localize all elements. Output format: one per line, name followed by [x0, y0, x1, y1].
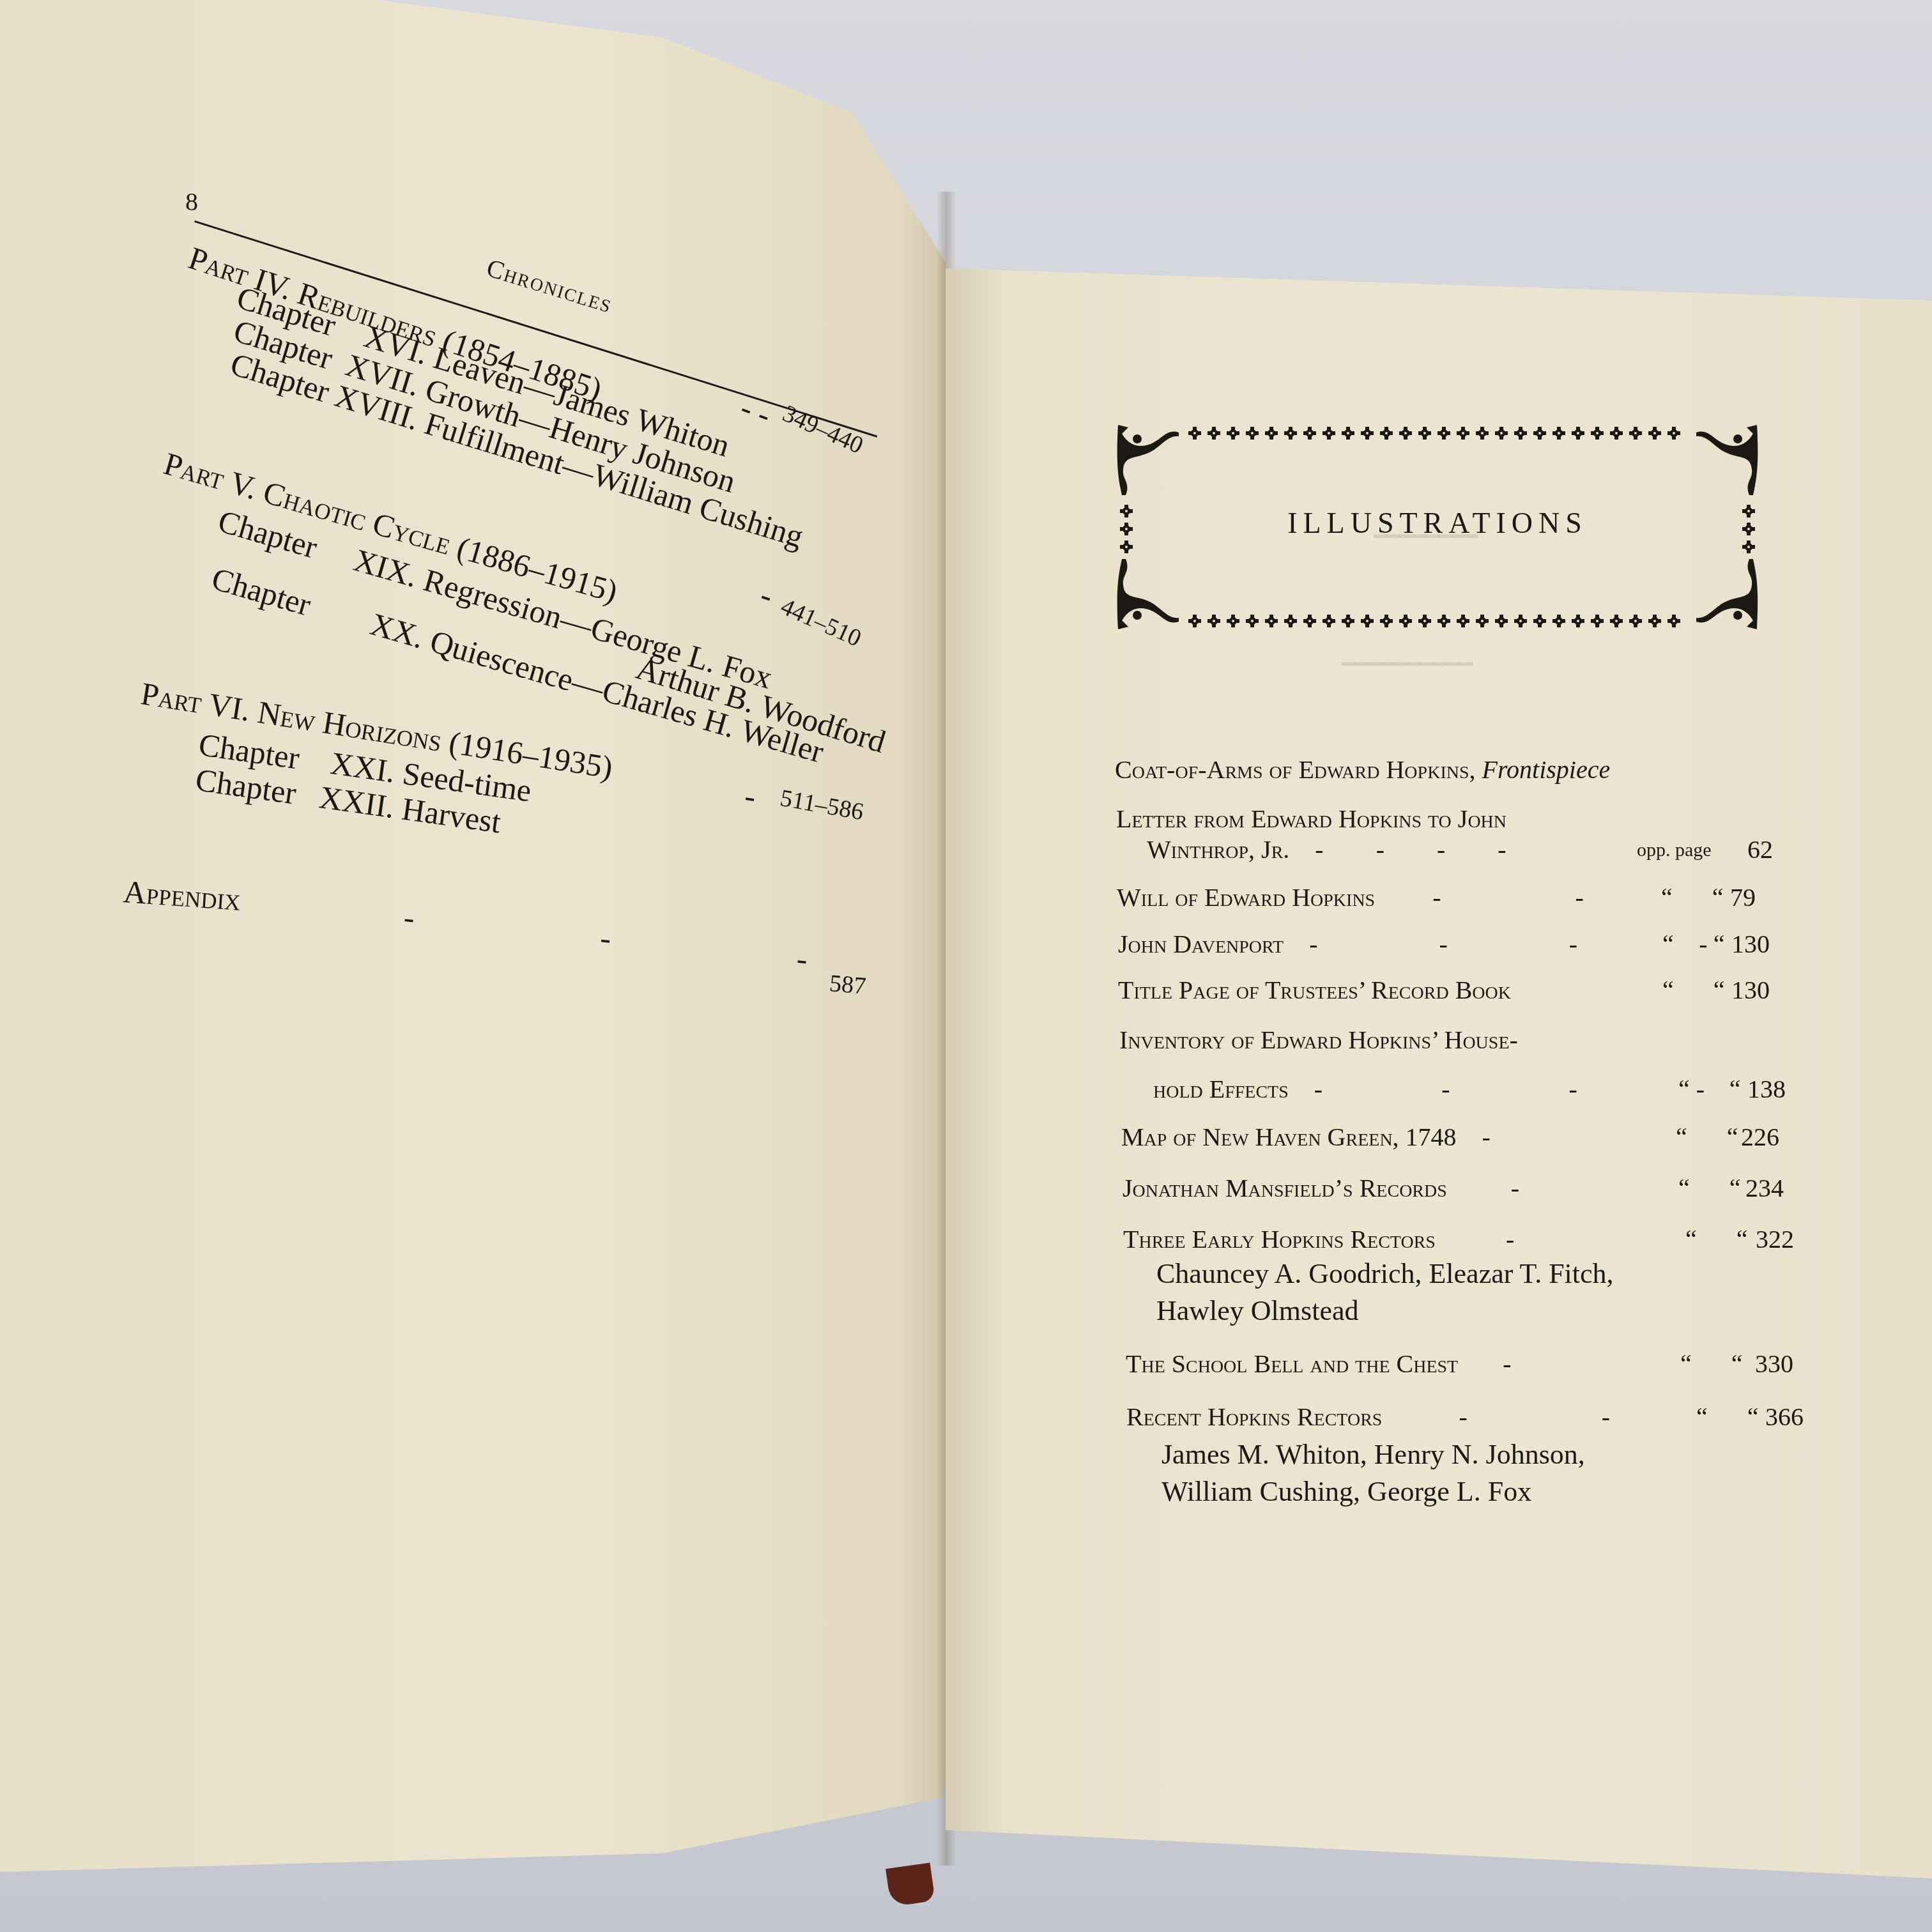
entry-page: 234	[1745, 1176, 1784, 1201]
entry-title: Letter from Edward Hopkins to John	[1116, 804, 1506, 833]
entry-leader: - -	[1459, 1402, 1674, 1431]
illustration-entry: Map of New Haven Green, 1748 - “ “ 226	[1121, 1124, 1811, 1150]
illustration-entry-continuation: hold Effects - - - - “ “ 138	[1153, 1077, 1798, 1102]
illustration-entry: Title Page of Trustees’ Record Book “ “ …	[1118, 977, 1795, 1003]
entry-title: Title Page of Trustees’ Record Book	[1118, 976, 1511, 1004]
entry-title: Coat-of-Arms of Edward Hopkins,	[1115, 755, 1476, 784]
entry-reference: “ “	[1678, 1077, 1758, 1102]
toc-appendix-title: Appendix	[123, 875, 242, 916]
entry-leader: - - - -	[1315, 835, 1529, 864]
entry-subjects: William Cushing, George L. Fox	[1161, 1478, 1531, 1506]
entry-reference: “ “	[1661, 885, 1740, 910]
entry-title: Will of Edward Hopkins	[1117, 883, 1375, 912]
entry-page: 130	[1731, 931, 1770, 957]
illustrations-heading: ILLUSTRATIONS	[1115, 506, 1760, 540]
entry-title: Recent Hopkins Rectors	[1126, 1402, 1382, 1431]
entry-subjects: James M. Whiton, Henry N. Johnson,	[1161, 1441, 1585, 1469]
entry-page: 62	[1747, 837, 1773, 862]
illustration-entry: Inventory of Edward Hopkins’ House-	[1119, 1027, 1518, 1053]
ornamental-frame: ILLUSTRATIONS	[1115, 422, 1760, 632]
illustration-entry: Coat-of-Arms of Edward Hopkins, Frontisp…	[1115, 757, 1610, 783]
entry-title-continuation: hold Effects	[1153, 1075, 1289, 1103]
entry-leader: - -	[1432, 883, 1648, 912]
entry-page: 330	[1755, 1351, 1793, 1377]
entry-note: Frontispiece	[1482, 755, 1611, 784]
entry-title-continuation: Winthrop, Jr.	[1147, 835, 1289, 864]
entry-subjects: Hawley Olmstead	[1156, 1297, 1358, 1325]
entry-title: Jonathan Mansfield’s Records	[1123, 1174, 1447, 1202]
entry-title: Three Early Hopkins Rectors	[1123, 1225, 1436, 1253]
entry-leader: -	[1506, 1225, 1537, 1253]
entry-title: Map of New Haven Green, 1748	[1121, 1123, 1457, 1151]
entry-page: 79	[1730, 885, 1756, 910]
entry-page: 138	[1747, 1077, 1786, 1102]
entry-reference: “ “	[1662, 931, 1742, 957]
entry-reference: “ “	[1685, 1227, 1765, 1252]
illustration-entry: The School Bell and the Chest - “ “ 330	[1126, 1351, 1835, 1377]
bleed-through-text: ━━━━━━━━━━	[1342, 652, 1473, 677]
toc-appendix-pages: 587	[829, 971, 867, 999]
page-number: 8	[185, 187, 198, 217]
illustration-entry: John Davenport - - - - “ “ 130	[1118, 931, 1795, 957]
entry-leader: -	[1482, 1123, 1514, 1151]
entry-leader: -	[1511, 1174, 1542, 1202]
entry-page: 366	[1765, 1404, 1804, 1430]
entry-page: 226	[1741, 1124, 1779, 1150]
illustration-entry: Letter from Edward Hopkins to John	[1116, 806, 1506, 832]
entry-page: 130	[1731, 977, 1770, 1003]
illustration-entry: Will of Edward Hopkins - - “ “ 79	[1117, 885, 1794, 910]
illustration-entry-continuation: Winthrop, Jr. - - - - opp. page 62	[1147, 837, 1792, 862]
entry-title: John Davenport	[1118, 930, 1284, 958]
entry-reference: “ “	[1696, 1404, 1775, 1430]
entry-page: 322	[1756, 1227, 1794, 1252]
entry-reference: “ “	[1662, 977, 1742, 1003]
entry-leader: -	[1503, 1349, 1534, 1378]
illustration-entry: Jonathan Mansfield’s Records - “ “ 234	[1123, 1176, 1819, 1201]
entry-subjects: Chauncey A. Goodrich, Eleazar T. Fitch,	[1156, 1260, 1614, 1288]
entry-reference: opp. page	[1637, 841, 1712, 860]
entry-reference: “ “	[1680, 1351, 1759, 1377]
illustration-entry: Recent Hopkins Rectors - - “ “ 366	[1126, 1404, 1848, 1430]
illustration-entry: Three Early Hopkins Rectors - “ “ 322	[1123, 1227, 1826, 1252]
entry-title: Inventory of Edward Hopkins’ House-	[1119, 1025, 1518, 1054]
entry-title: The School Bell and the Chest	[1126, 1349, 1458, 1378]
